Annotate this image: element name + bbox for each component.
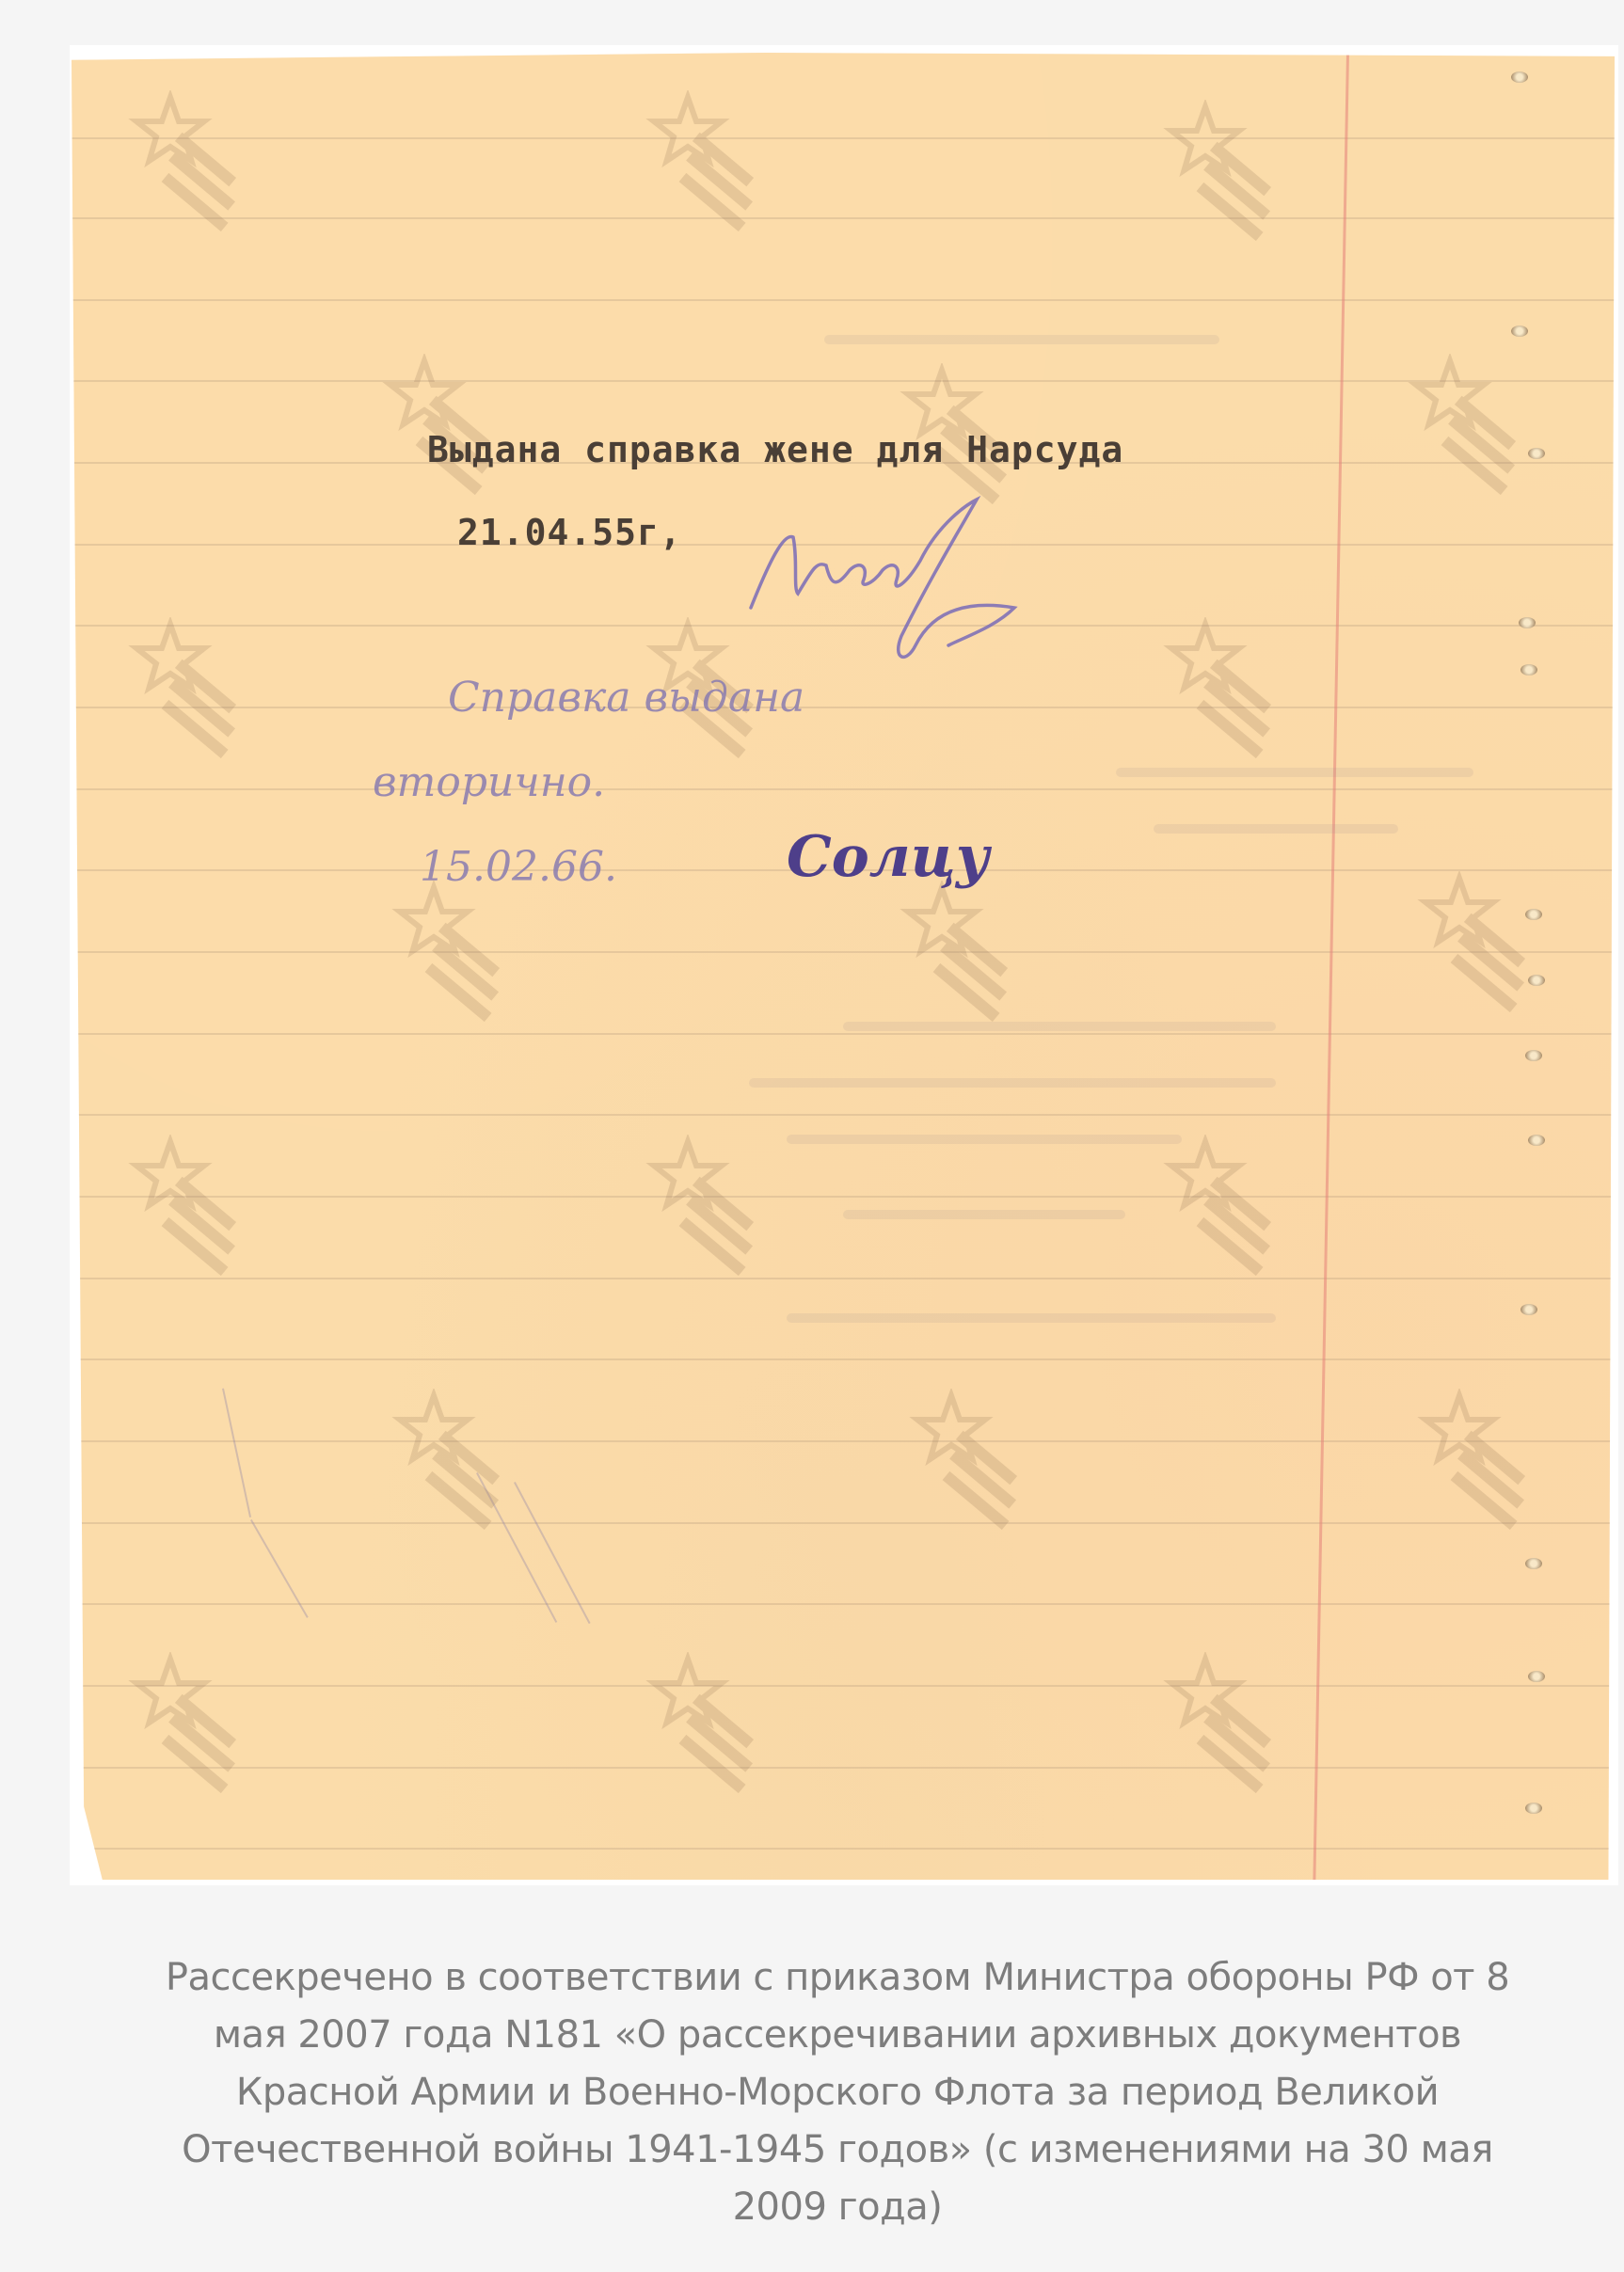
- archival-document-page: Выдана справка жене для Нарсуда 21.04.55…: [72, 53, 1615, 1880]
- star-emblem-watermark-icon: [900, 881, 1041, 1022]
- declassification-caption: Рассекречено в соответствии с приказом М…: [85, 1949, 1590, 2236]
- star-emblem-watermark-icon: [128, 90, 269, 231]
- typed-issuance-date: 21.04.55г,: [457, 512, 682, 553]
- typed-issuance-note: Выдана справка жене для Нарсуда: [427, 429, 1123, 470]
- binding-hole: [1528, 1135, 1545, 1146]
- show-through-text: [749, 1078, 1276, 1088]
- star-emblem-watermark-icon: [1417, 871, 1558, 1012]
- ruled-line: [72, 1278, 1615, 1279]
- ruled-line: [72, 951, 1615, 953]
- show-through-text: [1116, 768, 1473, 777]
- binding-hole: [1521, 664, 1537, 675]
- handwritten-note-line-2: вторично.: [373, 758, 605, 806]
- star-emblem-watermark-icon: [391, 1389, 533, 1530]
- handwritten-note-date: 15.02.66.: [420, 843, 617, 891]
- ruled-line: [72, 1196, 1615, 1198]
- ruled-line: [72, 1603, 1615, 1605]
- show-through-text: [843, 1022, 1276, 1031]
- ruled-line: [72, 1848, 1615, 1850]
- star-emblem-watermark-icon: [645, 1652, 787, 1793]
- star-emblem-watermark-icon: [645, 1135, 787, 1276]
- star-emblem-watermark-icon: [128, 1652, 269, 1793]
- ruled-line: [72, 1522, 1615, 1524]
- binding-hole: [1528, 448, 1545, 459]
- star-emblem-watermark-icon: [128, 1135, 269, 1276]
- star-emblem-watermark-icon: [909, 1389, 1050, 1530]
- binding-hole: [1525, 909, 1542, 920]
- star-emblem-watermark-icon: [1408, 354, 1549, 495]
- ruled-line: [72, 1440, 1615, 1442]
- ruled-line: [72, 299, 1615, 301]
- show-through-text: [1154, 824, 1398, 834]
- star-emblem-watermark-icon: [1163, 100, 1304, 241]
- caption-line: Красной Армии и Военно-Морского Флота за…: [85, 2064, 1590, 2121]
- handwritten-note-line-1: Справка выдана: [448, 674, 804, 722]
- ruled-line: [72, 707, 1615, 708]
- ruled-line: [72, 137, 1615, 139]
- pencil-stroke: [222, 1389, 251, 1517]
- binding-hole: [1511, 71, 1528, 83]
- caption-line: Рассекречено в соответствии с приказом М…: [85, 1949, 1590, 2007]
- ruled-line: [72, 1114, 1615, 1116]
- star-emblem-watermark-icon: [391, 881, 533, 1022]
- star-emblem-watermark-icon: [128, 617, 269, 758]
- signature-1: [741, 495, 1061, 683]
- binding-hole: [1525, 1803, 1542, 1814]
- ruled-line: [72, 788, 1615, 790]
- show-through-text: [824, 335, 1219, 344]
- handwritten-signature-2: Солцу: [787, 824, 990, 890]
- star-emblem-watermark-icon: [382, 354, 523, 495]
- show-through-text: [843, 1210, 1125, 1219]
- star-emblem-watermark-icon: [1163, 1135, 1304, 1276]
- binding-hole: [1521, 1304, 1537, 1315]
- binding-hole: [1528, 1671, 1545, 1682]
- binding-hole: [1519, 617, 1536, 628]
- binding-hole: [1525, 1050, 1542, 1061]
- caption-line: мая 2007 года N181 «О рассекречивании ар…: [85, 2007, 1590, 2064]
- caption-line: Отечественной войны 1941-1945 годов» (с …: [85, 2121, 1590, 2179]
- show-through-text: [787, 1313, 1276, 1323]
- show-through-text: [787, 1135, 1182, 1144]
- star-emblem-watermark-icon: [1163, 617, 1304, 758]
- star-emblem-watermark-icon: [1163, 1652, 1304, 1793]
- binding-hole: [1528, 975, 1545, 986]
- red-margin-line: [1313, 53, 1349, 1880]
- ruled-line: [72, 1767, 1615, 1769]
- caption-line: 2009 года): [85, 2179, 1590, 2236]
- star-emblem-watermark-icon: [645, 90, 787, 231]
- ruled-line: [72, 1033, 1615, 1035]
- star-emblem-watermark-icon: [1417, 1389, 1558, 1530]
- ruled-line: [72, 217, 1615, 219]
- binding-hole: [1525, 1558, 1542, 1569]
- ruled-line: [72, 380, 1615, 382]
- binding-hole: [1511, 326, 1528, 337]
- ruled-line: [72, 1685, 1615, 1687]
- ruled-line: [72, 1358, 1615, 1360]
